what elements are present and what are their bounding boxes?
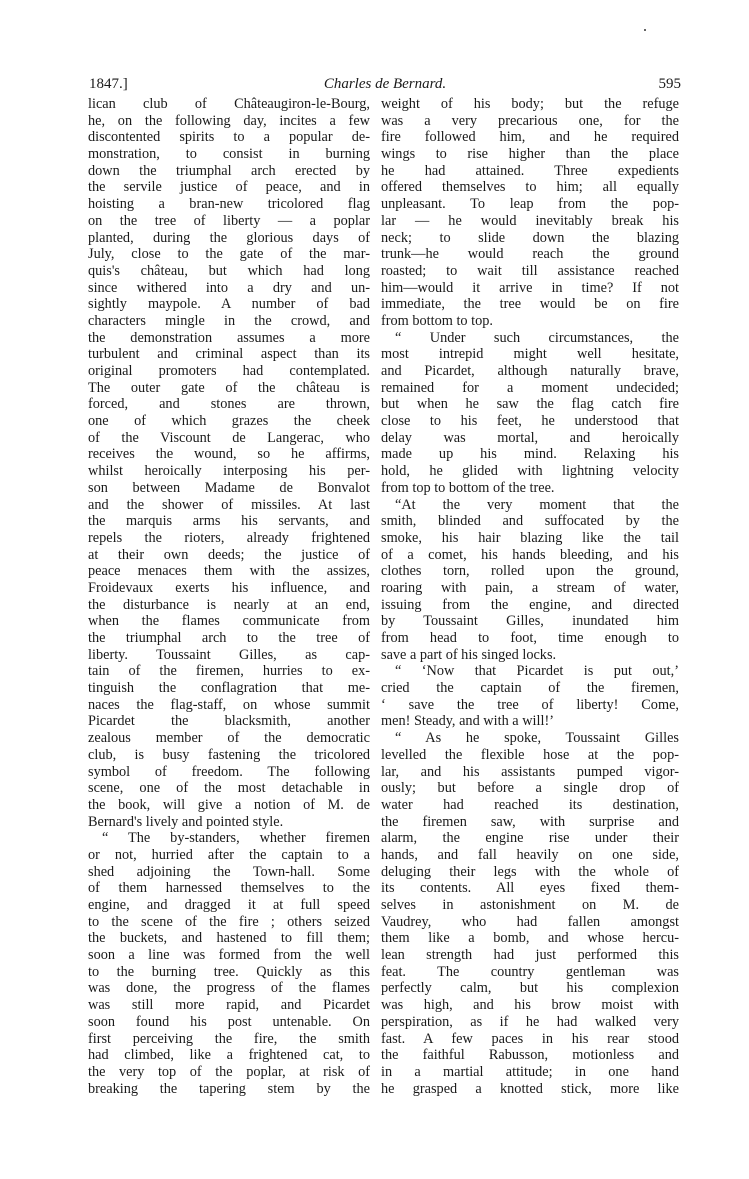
text-line: of a comet, his hands bleeding, and his [381, 547, 679, 564]
text-line: since withered into a dry and un- [88, 280, 370, 297]
text-line: lar — he would inevitably break his [381, 213, 679, 230]
text-line: roasted; to wait till assistance reached [381, 263, 679, 280]
text-line: at their own deeds; the justice of [88, 547, 370, 564]
text-line: was done, the progress of the flames [88, 980, 370, 997]
text-line: was a very precarious one, for the [381, 113, 679, 130]
text-line: remained for a moment undecided; [381, 380, 679, 397]
text-line: to the scene of the fire ; others seized [88, 914, 370, 931]
text-line: zealous member of the democratic [88, 730, 370, 747]
text-line: neck; to slide down the blazing [381, 230, 679, 247]
text-line: whilst heroically interposing his per- [88, 463, 370, 480]
text-line: close to his feet, he understood that [381, 413, 679, 430]
text-line: to the burning tree. Quickly as this [88, 964, 370, 981]
text-line: was still more rapid, and Picardet [88, 997, 370, 1014]
text-line: the triumphal arch to the tree of [88, 630, 370, 647]
header-title: Charles de Bernard. [89, 74, 681, 94]
text-line: naces the flag-staff, on whose summit [88, 697, 370, 714]
text-line: “ ‘Now that Picardet is put out,’ [381, 663, 679, 680]
text-line: alarm, the engine rise under their [381, 830, 679, 847]
text-line: ously; but before a single drop of [381, 780, 679, 797]
right-column: weight of his body; but the refugewas a … [381, 96, 679, 1097]
text-line: turbulent and criminal aspect than its [88, 346, 370, 363]
text-line: he grasped a knotted stick, more like [381, 1081, 679, 1098]
text-line: levelled the flexible hose at the pop- [381, 747, 679, 764]
text-line: forced, and stones are thrown, [88, 396, 370, 413]
text-line: tinguish the conflagration that me- [88, 680, 370, 697]
text-line: offered themselves to him; all equally [381, 179, 679, 196]
text-line: Froidevaux exerts his influence, and [88, 580, 370, 597]
text-line: “ Under such circumstances, the [381, 330, 679, 347]
text-line: first perceiving the fire, the smith [88, 1031, 370, 1048]
text-line: hoisting a bran-new tricolored flag [88, 196, 370, 213]
text-line: from bottom to top. [381, 313, 679, 330]
page-number: 595 [659, 74, 682, 94]
text-line: he, on the following day, incites a few [88, 113, 370, 130]
text-line: tain of the firemen, hurries to ex- [88, 663, 370, 680]
print-speck [644, 29, 646, 31]
text-line: the marquis arms his servants, and [88, 513, 370, 530]
text-line: the buckets, and hastened to fill them; [88, 930, 370, 947]
text-line: quis's château, but which had long [88, 263, 370, 280]
text-line: lar, and his assistants pumped vigor- [381, 764, 679, 781]
text-line: July, close to the gate of the mar- [88, 246, 370, 263]
text-line: weight of his body; but the refuge [381, 96, 679, 113]
text-line: cried the captain of the firemen, [381, 680, 679, 697]
text-line: unpleasant. To leap from the pop- [381, 196, 679, 213]
text-line: perfectly calm, but his complexion [381, 980, 679, 997]
text-line: lean strength had just performed this [381, 947, 679, 964]
text-line: ‘ save the tree of liberty! Come, [381, 697, 679, 714]
text-line: in a martial attitude; in one hand [381, 1064, 679, 1081]
text-line: them like a bomb, and whose hercu- [381, 930, 679, 947]
text-line: the faithful Rabusson, motionless and [381, 1047, 679, 1064]
text-line: down the triumphal arch erected by [88, 163, 370, 180]
text-line: immediate, the tree would be on fire [381, 296, 679, 313]
text-line: men! Steady, and with a will!’ [381, 713, 679, 730]
text-line: original promoters had contemplated. [88, 363, 370, 380]
text-line: Vaudrey, who had fallen amongst [381, 914, 679, 931]
text-line: selves in astonishment on M. de [381, 897, 679, 914]
text-line: or not, hurried after the captain to a [88, 847, 370, 864]
text-line: smith, blinded and suffocated by the [381, 513, 679, 530]
text-line: its contents. All eyes fixed them- [381, 880, 679, 897]
text-line: breaking the tapering stem by the [88, 1081, 370, 1098]
text-line: The outer gate of the château is [88, 380, 370, 397]
text-line: of them harnessed themselves to the [88, 880, 370, 897]
text-line: delay was mortal, and heroically [381, 430, 679, 447]
text-line: him—would it arrive in time? If not [381, 280, 679, 297]
text-line: Bernard's lively and pointed style. [88, 814, 370, 831]
text-line: from top to bottom of the tree. [381, 480, 679, 497]
text-line: hold, he glided with lightning velocity [381, 463, 679, 480]
text-line: sightly maypole. A number of bad [88, 296, 370, 313]
text-line: “At the very moment that the [381, 497, 679, 514]
text-line: save a part of his singed locks. [381, 647, 679, 664]
text-line: one of which grazes the cheek [88, 413, 370, 430]
text-line: monstration, to consist in burning [88, 146, 370, 163]
text-line: receives the wound, so he affirms, [88, 446, 370, 463]
text-line: “ The by-standers, whether firemen [88, 830, 370, 847]
text-line: “ As he spoke, Toussaint Gilles [381, 730, 679, 747]
text-line: discontented spirits to a popular de- [88, 129, 370, 146]
text-line: clothes torn, rolled upon the ground, [381, 563, 679, 580]
text-line: shed adjoining the Town-hall. Some [88, 864, 370, 881]
text-line: trunk—he would reach the ground [381, 246, 679, 263]
text-line: of the Viscount de Langerac, who [88, 430, 370, 447]
text-line: the servile justice of peace, and in [88, 179, 370, 196]
text-line: the demonstration assumes a more [88, 330, 370, 347]
text-line: the firemen saw, with surprise and [381, 814, 679, 831]
text-line: by Toussaint Gilles, inundated him [381, 613, 679, 630]
text-line: and Picardet, although naturally brave, [381, 363, 679, 380]
text-line: peace menaces them with the assizes, [88, 563, 370, 580]
text-line: from head to foot, time enough to [381, 630, 679, 647]
text-line: perspiration, as if he had walked very [381, 1014, 679, 1031]
text-line: hands, and fall heavily on one side, [381, 847, 679, 864]
text-line: issuing from the engine, and directed [381, 597, 679, 614]
text-line: liberty. Toussaint Gilles, as cap- [88, 647, 370, 664]
left-column: lican club of Châteaugiron-le-Bourg,he, … [88, 96, 370, 1097]
text-line: lican club of Châteaugiron-le-Bourg, [88, 96, 370, 113]
text-line: feat. The country gentleman was [381, 964, 679, 981]
text-line: scene, one of the most detachable in [88, 780, 370, 797]
text-line: planted, during the glorious days of [88, 230, 370, 247]
text-line: roaring with pain, a stream of water, [381, 580, 679, 597]
text-line: Picardet the blacksmith, another [88, 713, 370, 730]
text-line: the very top of the poplar, at risk of [88, 1064, 370, 1081]
text-line: the book, will give a notion of M. de [88, 797, 370, 814]
text-line: club, is busy fastening the tricolored [88, 747, 370, 764]
text-line: and the shower of missiles. At last [88, 497, 370, 514]
text-line: fast. A few paces in his rear stood [381, 1031, 679, 1048]
text-line: most intrepid might well hesitate, [381, 346, 679, 363]
running-header: 1847.] Charles de Bernard. 595 [89, 74, 681, 94]
text-line: made up his mind. Relaxing his [381, 446, 679, 463]
text-line: was high, and his brow moist with [381, 997, 679, 1014]
text-line: symbol of freedom. The following [88, 764, 370, 781]
text-line: he had attained. Three expedients [381, 163, 679, 180]
text-line: engine, and dragged it at full speed [88, 897, 370, 914]
text-line: repels the rioters, already frightened [88, 530, 370, 547]
text-line: when the flames communicate from [88, 613, 370, 630]
text-line: but when he saw the flag catch fire [381, 396, 679, 413]
text-line: characters mingle in the crowd, and [88, 313, 370, 330]
text-line: son between Madame de Bonvalot [88, 480, 370, 497]
text-line: had climbed, like a frightened cat, to [88, 1047, 370, 1064]
text-line: smoke, his hair blazing like the tail [381, 530, 679, 547]
text-line: fire followed him, and he required [381, 129, 679, 146]
text-line: deluging their legs with the whole of [381, 864, 679, 881]
text-line: on the tree of liberty — a poplar [88, 213, 370, 230]
text-line: water had reached its destination, [381, 797, 679, 814]
text-line: the disturbance is nearly at an end, [88, 597, 370, 614]
text-line: wings to rise higher than the place [381, 146, 679, 163]
text-line: soon a line was formed from the well [88, 947, 370, 964]
text-line: soon found his post untenable. On [88, 1014, 370, 1031]
